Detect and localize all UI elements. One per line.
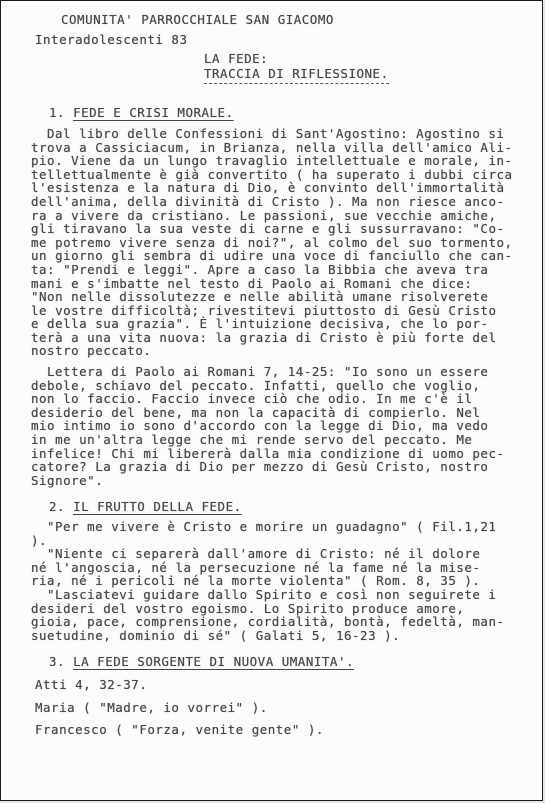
- section-2-quote-2: "Niente ci separerà dall'amore di Cristo…: [31, 547, 516, 588]
- document-title-block: LA FEDE: TRACCIA DI RIFLESSIONE.: [204, 52, 516, 84]
- group-year-line: Interadolescenti 83: [35, 33, 516, 47]
- section-2: 2. IL FRUTTO DELLA FEDE. "Per me vivere …: [31, 500, 516, 642]
- scanned-document-page: COMUNITA' PARROCCHIALE SAN GIACOMO Inter…: [0, 0, 543, 801]
- section-1-title: FEDE E CRISI MORALE.: [73, 105, 234, 120]
- section-3: 3. LA FEDE SORGENTE DI NUOVA UMANITA'. A…: [31, 655, 516, 736]
- section-2-quote-1: "Per me vivere è Cristo e morire un guad…: [31, 520, 516, 547]
- title-line-1: LA FEDE:: [204, 52, 516, 66]
- title-line-2: TRACCIA DI RIFLESSIONE.: [204, 67, 389, 85]
- section-2-title: IL FRUTTO DELLA FEDE.: [73, 499, 242, 514]
- section-1-paragraph-2: Lettera di Paolo ai Romani 7, 14-25: "Io…: [31, 365, 516, 487]
- section-3-number: 3.: [49, 654, 65, 669]
- section-2-number: 2.: [49, 499, 65, 514]
- section-1-number: 1.: [49, 105, 65, 120]
- section-1: 1. FEDE E CRISI MORALE. Dal libro delle …: [31, 106, 516, 487]
- parish-name-line: COMUNITA' PARROCCHIALE SAN GIACOMO: [61, 13, 516, 27]
- section-3-title: LA FEDE SORGENTE DI NUOVA UMANITA'.: [73, 654, 354, 669]
- title-line-2-wrap: TRACCIA DI RIFLESSIONE.: [204, 67, 516, 85]
- section-3-reference-francesco: Francesco ( "Forza, venite gente" ).: [35, 723, 516, 737]
- section-1-paragraph-1: Dal libro delle Confessioni di Sant'Agos…: [31, 127, 516, 358]
- section-3-reference-acts: Atti 4, 32-37.: [35, 678, 516, 692]
- section-2-quote-3: "Lasciatevi guidare dallo Spirito e così…: [31, 588, 516, 642]
- section-3-heading: 3. LA FEDE SORGENTE DI NUOVA UMANITA'.: [49, 655, 516, 669]
- section-1-heading: 1. FEDE E CRISI MORALE.: [49, 106, 516, 120]
- section-3-reference-maria: Maria ( "Madre, io vorrei" ).: [35, 701, 516, 715]
- section-2-heading: 2. IL FRUTTO DELLA FEDE.: [49, 500, 516, 514]
